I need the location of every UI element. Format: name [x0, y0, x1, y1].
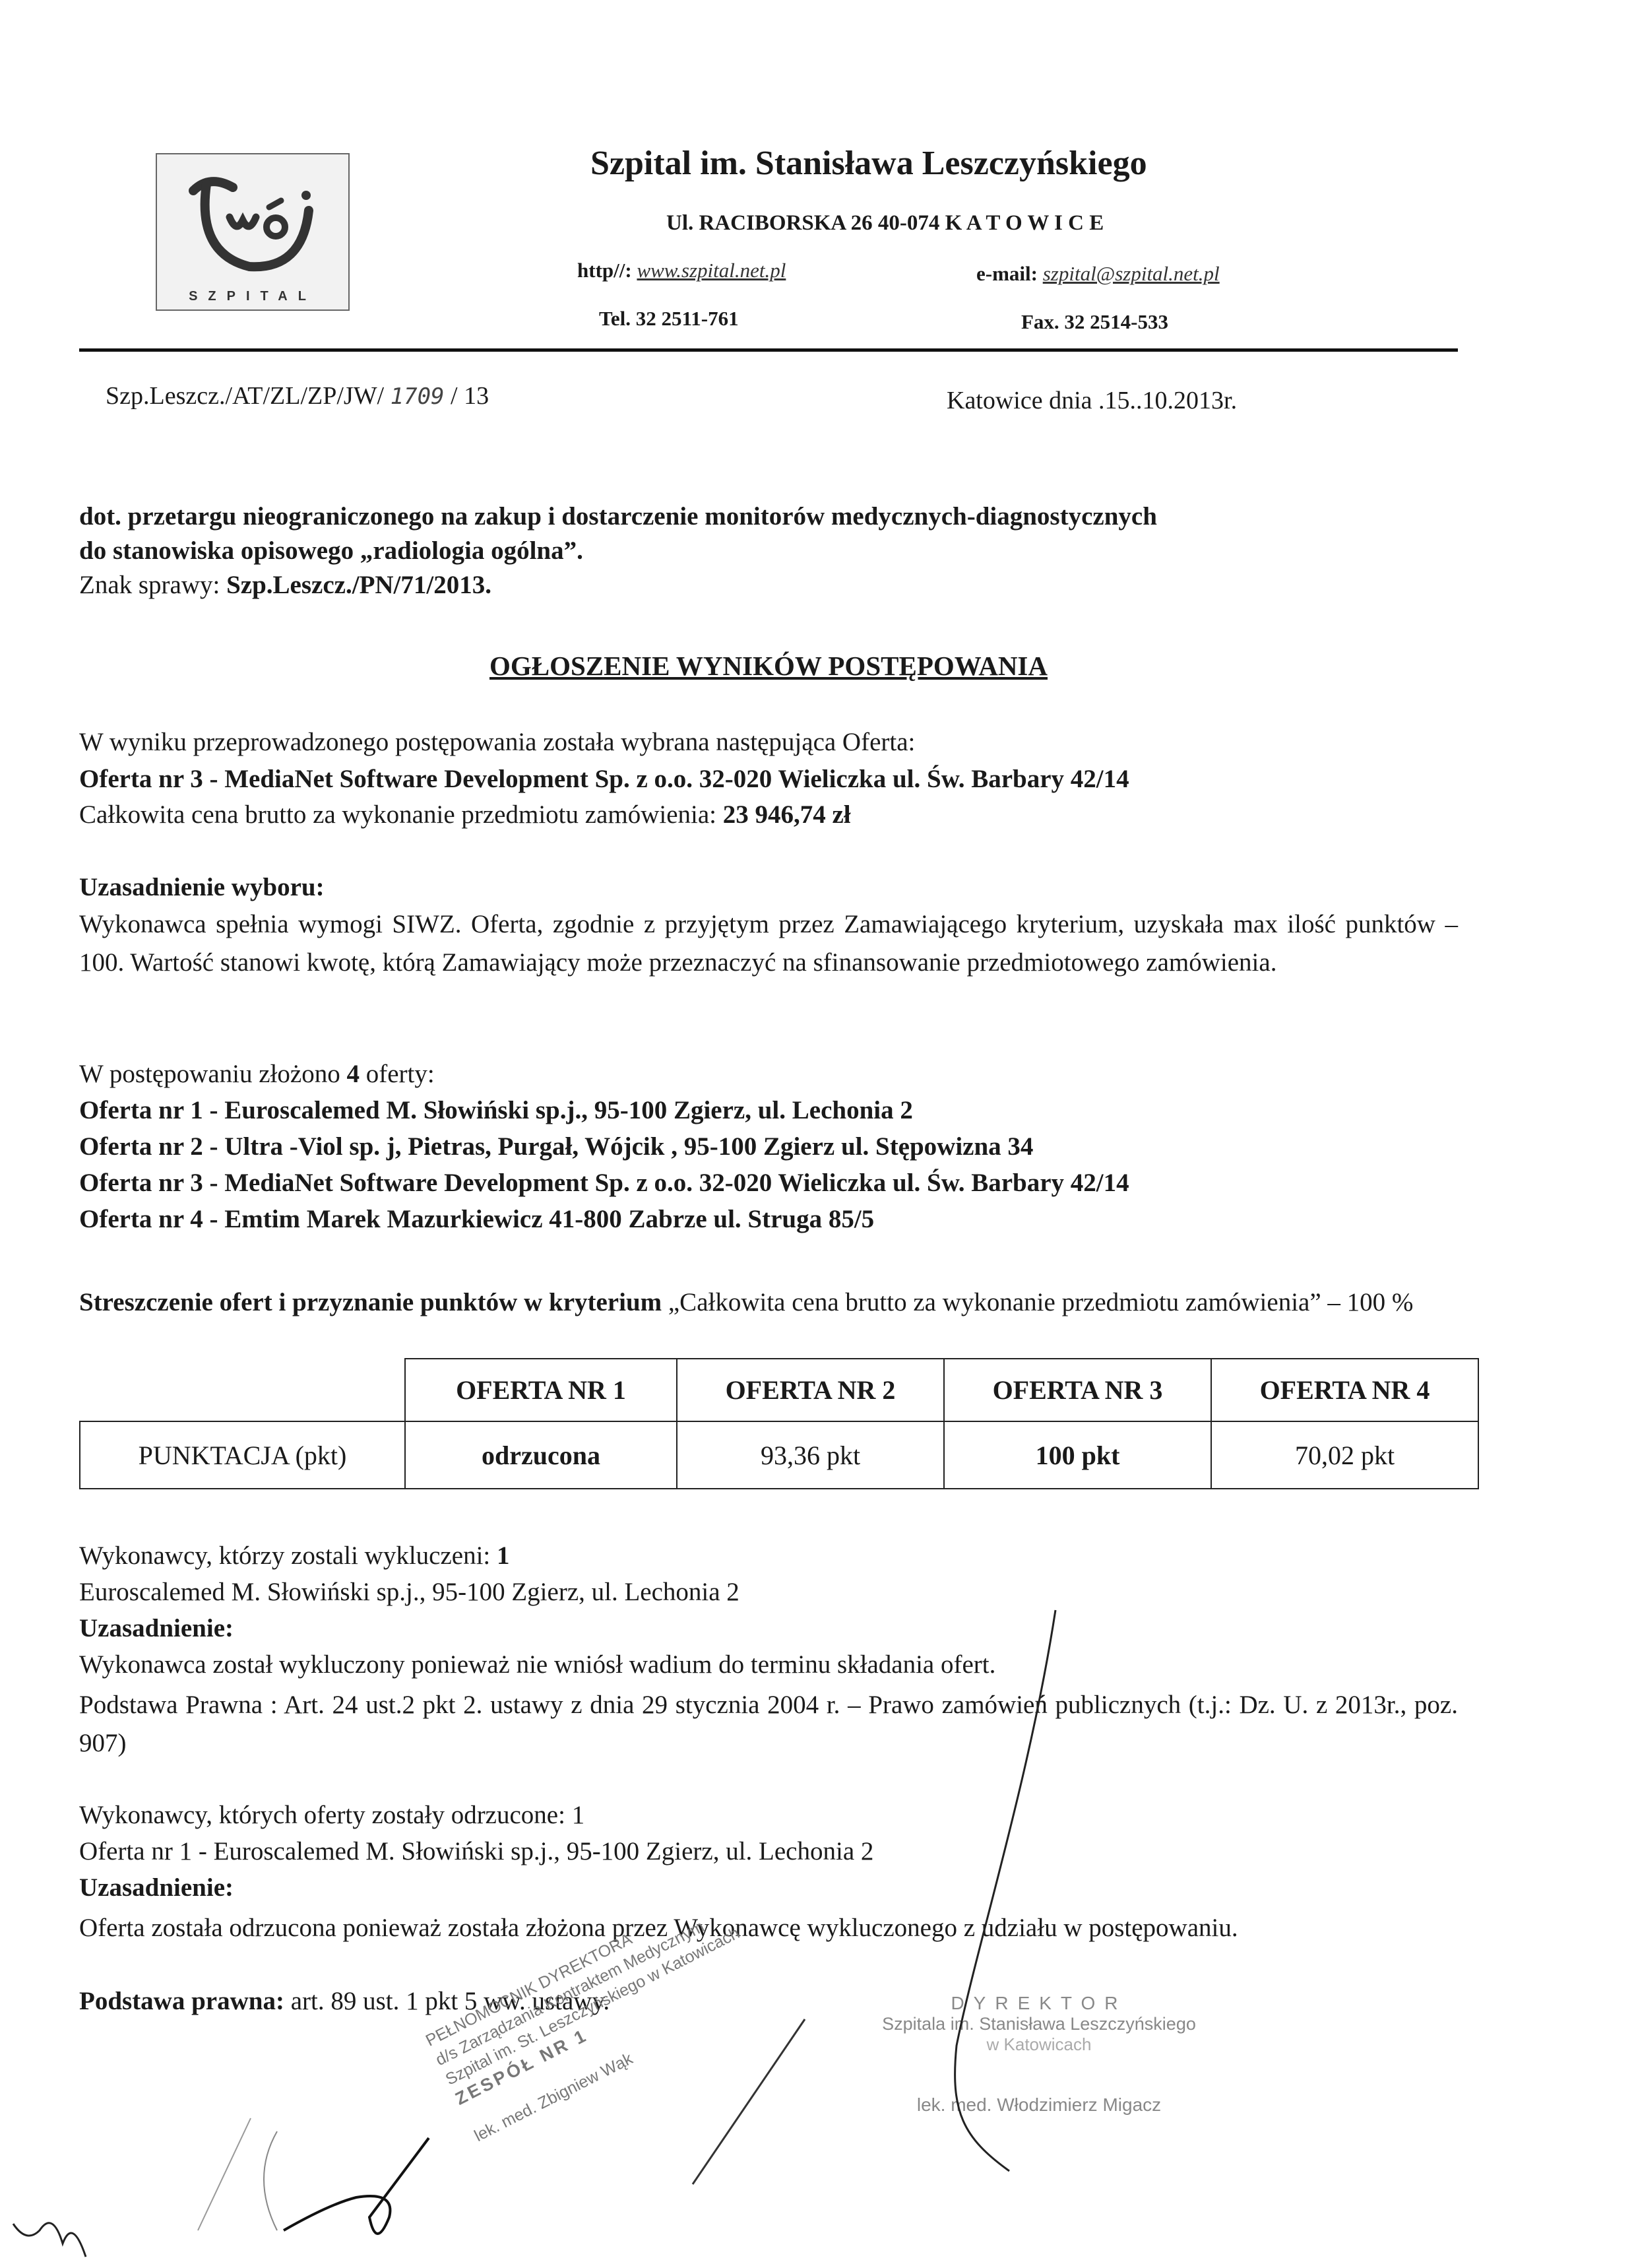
- selected-offer: Oferta nr 3 - MediaNet Software Developm…: [79, 764, 1129, 794]
- selected-price: Całkowita cena brutto za wykonanie przed…: [79, 800, 851, 829]
- offer-item: Oferta nr 3 - MediaNet Software Developm…: [79, 1168, 1129, 1198]
- hospital-address: Ul. RACIBORSKA 26 40-074 K A T O W I C E: [666, 211, 1104, 236]
- rejected-label: Wykonawcy, których oferty zostały odrzuc…: [79, 1800, 584, 1830]
- table-row: PUNKTACJA (pkt) odrzucona 93,36 pkt 100 …: [80, 1421, 1478, 1489]
- score-cell: 100 pkt: [944, 1421, 1211, 1489]
- logo-wordmark: SZPITAL: [157, 289, 348, 304]
- email-link[interactable]: szpital@szpital.net.pl: [1043, 262, 1220, 285]
- offers-intro-prefix: W postępowaniu złożono: [79, 1060, 340, 1088]
- rejected-company: Oferta nr 1 - Euroscalemed M. Słowiński …: [79, 1836, 873, 1866]
- excluded-label-text: Wykonawcy, którzy zostali wykluczeni:: [79, 1541, 490, 1570]
- excluded-count: 1: [497, 1541, 510, 1570]
- table-header-blank: [80, 1359, 405, 1421]
- table-header-row: OFERTA NR 1 OFERTA NR 2 OFERTA NR 3 OFER…: [80, 1359, 1478, 1421]
- rejected-heading: Uzasadnienie:: [79, 1873, 234, 1902]
- fax: Fax. 32 2514-533: [1021, 310, 1168, 334]
- price-label: Całkowita cena brutto za wykonanie przed…: [79, 800, 716, 829]
- case-label: Znak sprawy:: [79, 571, 220, 599]
- justification-heading: Uzasadnienie wyboru:: [79, 872, 325, 902]
- reference-suffix: / 13: [451, 382, 489, 410]
- website-link[interactable]: www.szpital.net.pl: [637, 259, 786, 282]
- subject-line-2: do stanowiska opisowego „radiologia ogól…: [79, 536, 583, 566]
- selected-intro: W wyniku przeprowadzonego postępowania z…: [79, 727, 915, 757]
- page-title: OGŁOSZENIE WYNIKÓW POSTĘPOWANIA: [0, 650, 1537, 682]
- case-value: Szp.Leszcz./PN/71/2013.: [226, 571, 491, 599]
- price-value: 23 946,74 zł: [723, 800, 851, 829]
- offer-item: Oferta nr 1 - Euroscalemed M. Słowiński …: [79, 1095, 913, 1125]
- email-line: e-mail: szpital@szpital.net.pl: [976, 262, 1220, 286]
- email-label: e-mail:: [976, 262, 1038, 285]
- offers-intro: W postępowaniu złożono 4 oferty:: [79, 1059, 435, 1089]
- excluded-company: Euroscalemed M. Słowiński sp.j., 95-100 …: [79, 1577, 739, 1607]
- director-stamp: DYREKTOR Szpitala im. Stanisława Leszczy…: [854, 1993, 1224, 2116]
- reference-handwritten-number: 1709: [391, 383, 445, 410]
- website-label: http//:: [577, 259, 632, 282]
- justification-text: Wykonawca spełnia wymogi SIWZ. Oferta, z…: [79, 905, 1458, 982]
- twoj-smile-logo-icon: [170, 161, 335, 280]
- date-prefix: Katowice dnia: [947, 387, 1092, 414]
- score-cell: 70,02 pkt: [1211, 1421, 1478, 1489]
- document-date: Katowice dnia .15..10.2013r.: [947, 386, 1237, 415]
- summary-intro: Streszczenie ofert i przyznanie punktów …: [79, 1283, 1458, 1322]
- commission-stamp-line: d/s Zarządzania Kontraktem Medycznym: [432, 1860, 818, 2071]
- offer-item: Oferta nr 4 - Emtim Marek Mazurkiewicz 4…: [79, 1204, 874, 1234]
- table-header: OFERTA NR 3: [944, 1359, 1211, 1421]
- reference-number: Szp.Leszcz./AT/ZL/ZP/JW/ 1709 / 13: [106, 381, 489, 410]
- summary-intro-bold: Streszczenie ofert i przyznanie punktów …: [79, 1288, 662, 1316]
- header-divider: [79, 348, 1458, 352]
- telephone: Tel. 32 2511-761: [599, 307, 739, 331]
- summary-intro-rest: „Całkowita cena brutto za wykonanie prze…: [668, 1288, 1414, 1316]
- excluded-legal: Podstawa Prawna : Art. 24 ust.2 pkt 2. u…: [79, 1686, 1458, 1763]
- offer-item: Oferta nr 2 - Ultra -Viol sp. j, Pietras…: [79, 1132, 1033, 1161]
- director-stamp-name: lek. med. Włodzimierz Migacz: [854, 2094, 1224, 2116]
- excluded-reason: Wykonawca został wykluczony ponieważ nie…: [79, 1650, 995, 1679]
- score-cell: 93,36 pkt: [677, 1421, 944, 1489]
- score-table: OFERTA NR 1 OFERTA NR 2 OFERTA NR 3 OFER…: [79, 1358, 1479, 1489]
- director-stamp-title: DYREKTOR: [854, 1993, 1224, 2014]
- table-header: OFERTA NR 4: [1211, 1359, 1478, 1421]
- offers-intro-suffix: oferty:: [366, 1060, 435, 1088]
- date-suffix: 10.2013r.: [1143, 387, 1238, 414]
- director-stamp-city: w Katowicach: [854, 2034, 1224, 2055]
- table-header: OFERTA NR 2: [677, 1359, 944, 1421]
- reference-prefix: Szp.Leszcz./AT/ZL/ZP/JW/: [106, 382, 384, 410]
- hospital-name: Szpital im. Stanisława Leszczyńskiego: [590, 144, 1147, 183]
- director-stamp-org: Szpitala im. Stanisława Leszczyńskiego: [854, 2014, 1224, 2034]
- table-header: OFERTA NR 1: [405, 1359, 677, 1421]
- excluded-heading: Uzasadnienie:: [79, 1613, 234, 1643]
- excluded-label: Wykonawcy, którzy zostali wykluczeni: 1: [79, 1541, 510, 1571]
- score-cell: odrzucona: [405, 1421, 677, 1489]
- website-line: http//: www.szpital.net.pl: [577, 259, 786, 282]
- case-number: Znak sprawy: Szp.Leszcz./PN/71/2013.: [79, 570, 491, 600]
- offers-count: 4: [346, 1060, 360, 1088]
- subject-line-1: dot. przetargu nieograniczonego na zakup…: [79, 502, 1157, 531]
- hospital-logo: SZPITAL: [156, 153, 350, 311]
- row-label: PUNKTACJA (pkt): [80, 1421, 405, 1489]
- rejected-legal-label: Podstawa prawna:: [79, 1987, 284, 2015]
- date-handwritten-day: .15..: [1098, 387, 1143, 414]
